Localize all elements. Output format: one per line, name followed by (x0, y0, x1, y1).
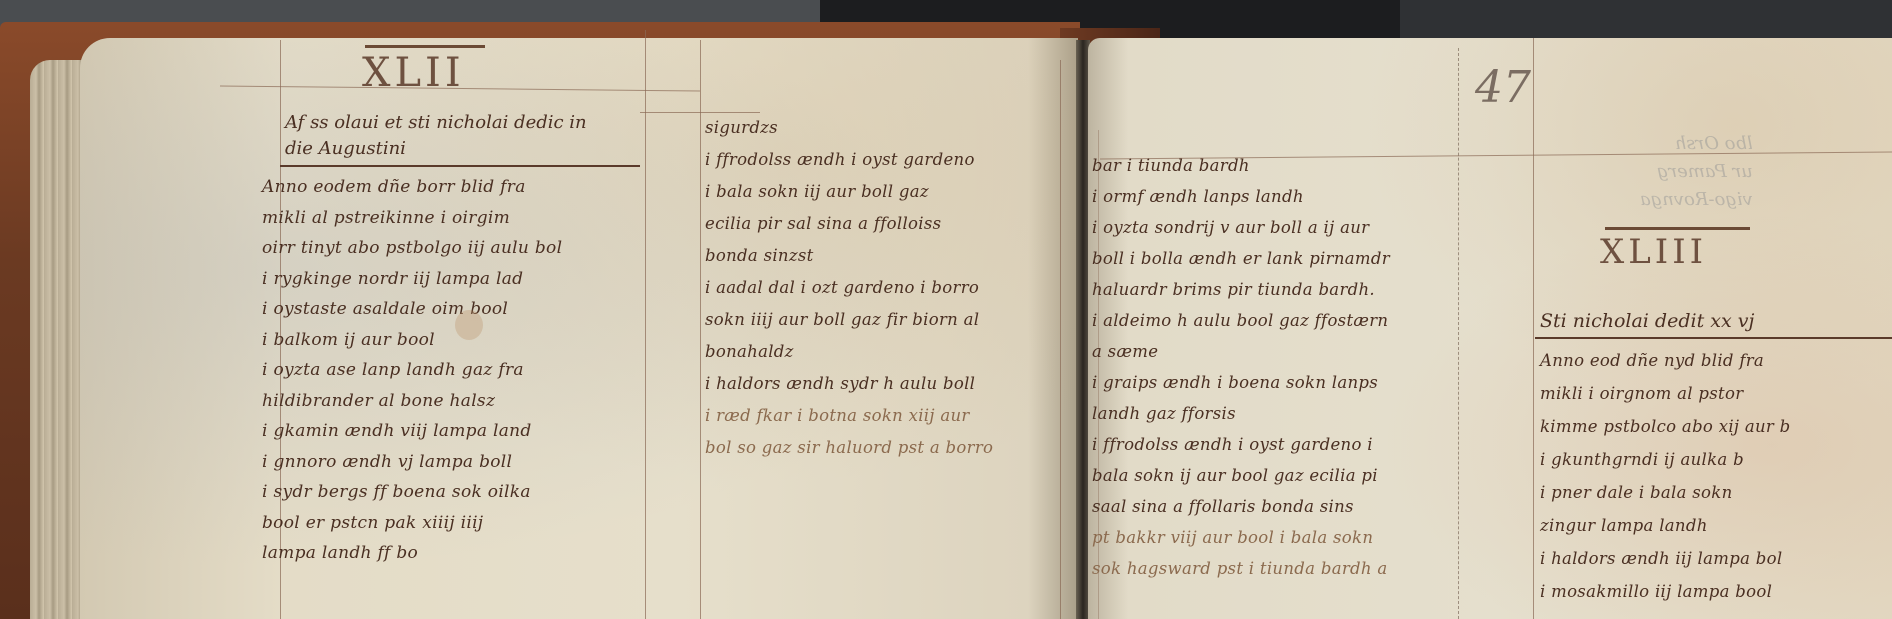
text-line: hildibrander al bone halsz (262, 386, 562, 417)
chapter-heading: Af ss olaui et sti nicholai dedic in die… (285, 110, 587, 162)
text-line: i ffrodolss ændh i oyst gardeno (705, 144, 993, 176)
text-line: landh gaz fforsis (1092, 398, 1390, 429)
text-line: sokn iiij aur boll gaz fir biorn al (705, 304, 993, 336)
text-line: i haldors ændh sydr h aulu boll (705, 368, 993, 400)
text-line: i aldeimo h aulu bool gaz ffostærn (1092, 305, 1390, 336)
text-line: i gnnoro ændh vj lampa boll (262, 447, 562, 478)
right-page-column-1: bar i tiunda bardh i ormf ændh lanps lan… (1092, 150, 1390, 584)
text-line: i oystaste asaldale oim bool (262, 294, 562, 325)
ruling-line (645, 30, 646, 619)
heading-underline (1535, 337, 1892, 339)
bleed-through-text: lbo Orsh ur Pamerg vigo-Rovnga (1640, 130, 1753, 214)
folio-number: 47 (1475, 62, 1531, 113)
text-line: bar i tiunda bardh (1092, 150, 1390, 181)
text-line: i oyzta sondrij v aur boll a ij aur (1092, 212, 1390, 243)
text-line: boll i bolla ændh er lank pirnamdr (1092, 243, 1390, 274)
text-line: Anno eodem dñe borr blid fra (262, 172, 562, 203)
text-line: kimme pstbolco abo xij aur b (1540, 410, 1791, 443)
text-line: i aadal dal i ozt gardeno i borro (705, 272, 993, 304)
bleed-line: vigo-Rovnga (1640, 186, 1753, 214)
faded-text-line: bol so gaz sir haluord pst a borro (705, 432, 993, 464)
chapter-number: XLII (362, 50, 465, 96)
ruling-line (1458, 48, 1459, 619)
text-line: bonda sinzst (705, 240, 993, 272)
bleed-line: ur Pamerg (1640, 158, 1753, 186)
text-line: oirr tinyt abo pstbolgo iij aulu bol (262, 233, 562, 264)
text-line: i bala sokn iij aur boll gaz (705, 176, 993, 208)
text-line: i rygkinge nordr iij lampa lad (262, 264, 562, 295)
text-line: i gkamin ændh viij lampa land (262, 416, 562, 447)
text-line: i oyzta ase lanp landh gaz fra (262, 355, 562, 386)
left-page-column-2: sigurdzs i ffrodolss ændh i oyst gardeno… (705, 112, 993, 464)
text-line: sigurdzs (705, 112, 993, 144)
faded-text-line: sok hagsward pst i tiunda bardh a (1092, 553, 1390, 584)
text-line: mikli i oirgnom al pstor (1540, 377, 1791, 410)
right-page-column-2: Anno eod dñe nyd blid fra mikli i oirgno… (1540, 344, 1791, 608)
text-line: zingur lampa landh (1540, 509, 1791, 542)
heading-underline (280, 165, 640, 167)
ruling-line (1533, 38, 1534, 619)
text-line: i graips ændh i boena sokn lanps (1092, 367, 1390, 398)
heading-line: die Augustini (285, 136, 587, 162)
text-line: i mosakmillo iij lampa bool (1540, 575, 1791, 608)
chapter-heading: Sti nicholai dedit xx vj (1540, 308, 1754, 334)
text-line: i ormf ændh lanps landh (1092, 181, 1390, 212)
text-line: i sydr bergs ff boena sok oilka (262, 477, 562, 508)
text-line: i gkunthgrndi ij aulka b (1540, 443, 1791, 476)
text-line: bool er pstcn pak xiiij iiij (262, 508, 562, 539)
photo-backdrop-right (1400, 0, 1892, 40)
chapter-overline (365, 45, 485, 48)
left-page-column-1: Anno eodem dñe borr blid fra mikli al ps… (262, 172, 562, 569)
faded-text-line: pt bakkr viij aur bool i bala sokn (1092, 522, 1390, 553)
text-line: ecilia pir sal sina a ffolloiss (705, 208, 993, 240)
text-line: Anno eod dñe nyd blid fra (1540, 344, 1791, 377)
bleed-line: lbo Orsh (1640, 130, 1753, 158)
text-line: bala sokn ij aur bool gaz ecilia pi (1092, 460, 1390, 491)
ruling-line (1060, 60, 1061, 619)
text-line: i haldors ændh iij lampa bol (1540, 542, 1791, 575)
faded-text-line: i ræd fkar i botna sokn xiij aur (705, 400, 993, 432)
text-line: mikli al pstreikinne i oirgim (262, 203, 562, 234)
text-line: bonahaldz (705, 336, 993, 368)
chapter-number: XLIII (1600, 232, 1707, 272)
text-line: a sæme (1092, 336, 1390, 367)
ink-stain (455, 310, 483, 340)
text-line: i pner dale i bala sokn (1540, 476, 1791, 509)
text-line: i ffrodolss ændh i oyst gardeno i (1092, 429, 1390, 460)
heading-line: Af ss olaui et sti nicholai dedic in (285, 110, 587, 136)
text-line: lampa landh ff bo (262, 538, 562, 569)
text-line: i balkom ij aur bool (262, 325, 562, 356)
text-line: saal sina a ffollaris bonda sins (1092, 491, 1390, 522)
chapter-overline (1605, 227, 1750, 230)
text-line: haluardr brims pir tiunda bardh. (1092, 274, 1390, 305)
ruling-line (700, 40, 701, 619)
